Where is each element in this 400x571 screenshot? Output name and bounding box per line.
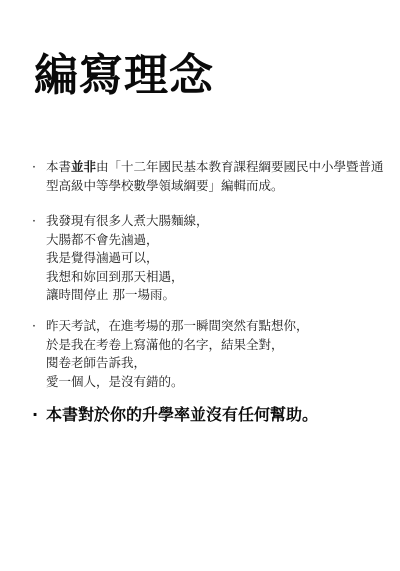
paragraph-line: 我是覺得滷過可以， (32, 249, 392, 268)
final-statement-text: 本書對於你的升學率並沒有任何幫助。 (46, 405, 318, 424)
paragraph-line: ·昨天考試，在進考場的那一瞬間突然有點想你， (32, 317, 392, 336)
paragraph-1: ·本書並非由「十二年國民基本教育課程綱要國民中小學暨普通 型高級中等學校數學領域… (32, 158, 392, 195)
bullet: · (32, 212, 46, 231)
page-title: 編寫理念 (34, 54, 214, 98)
paragraph-3: ·昨天考試，在進考場的那一瞬間突然有點想你， 於是我在考卷上寫滿他的名字，結果全… (32, 317, 392, 391)
paragraph-line: 型高級中等學校數學領域綱要」編輯而成。 (32, 177, 392, 196)
bullet: · (32, 158, 46, 177)
final-statement: ·本書對於你的升學率並沒有任何幫助。 (32, 402, 318, 425)
paragraph-2: ·我發現有很多人煮大腸麵線， 大腸都不會先滷過， 我是覺得滷過可以， 我想和妳回… (32, 212, 392, 305)
emphasis-text: 並非 (71, 159, 96, 174)
paragraph-line: 閱卷老師告訴我， (32, 354, 392, 373)
paragraph-line: 讓時間停止 那一場雨。 (32, 286, 392, 305)
paragraph-line: 我想和妳回到那天相遇， (32, 268, 392, 287)
paragraph-line: 大腸都不會先滷過， (32, 231, 392, 250)
text-segment: 昨天考試，在進考場的那一瞬間突然有點想你， (46, 318, 309, 333)
bullet: · (32, 317, 46, 336)
text-segment: 我發現有很多人煮大腸麵線， (46, 213, 209, 228)
paragraph-line: ·我發現有很多人煮大腸麵線， (32, 212, 392, 231)
text-segment: 本書 (46, 159, 71, 174)
paragraph-line: ·本書並非由「十二年國民基本教育課程綱要國民中小學暨普通 (32, 158, 392, 177)
text-segment: 由「十二年國民基本教育課程綱要國民中小學暨普通 (96, 159, 384, 174)
paragraph-line: 於是我在考卷上寫滿他的名字，結果全對， (32, 336, 392, 355)
paragraph-line: 愛一個人，是沒有錯的。 (32, 373, 392, 392)
bullet: · (32, 405, 46, 424)
